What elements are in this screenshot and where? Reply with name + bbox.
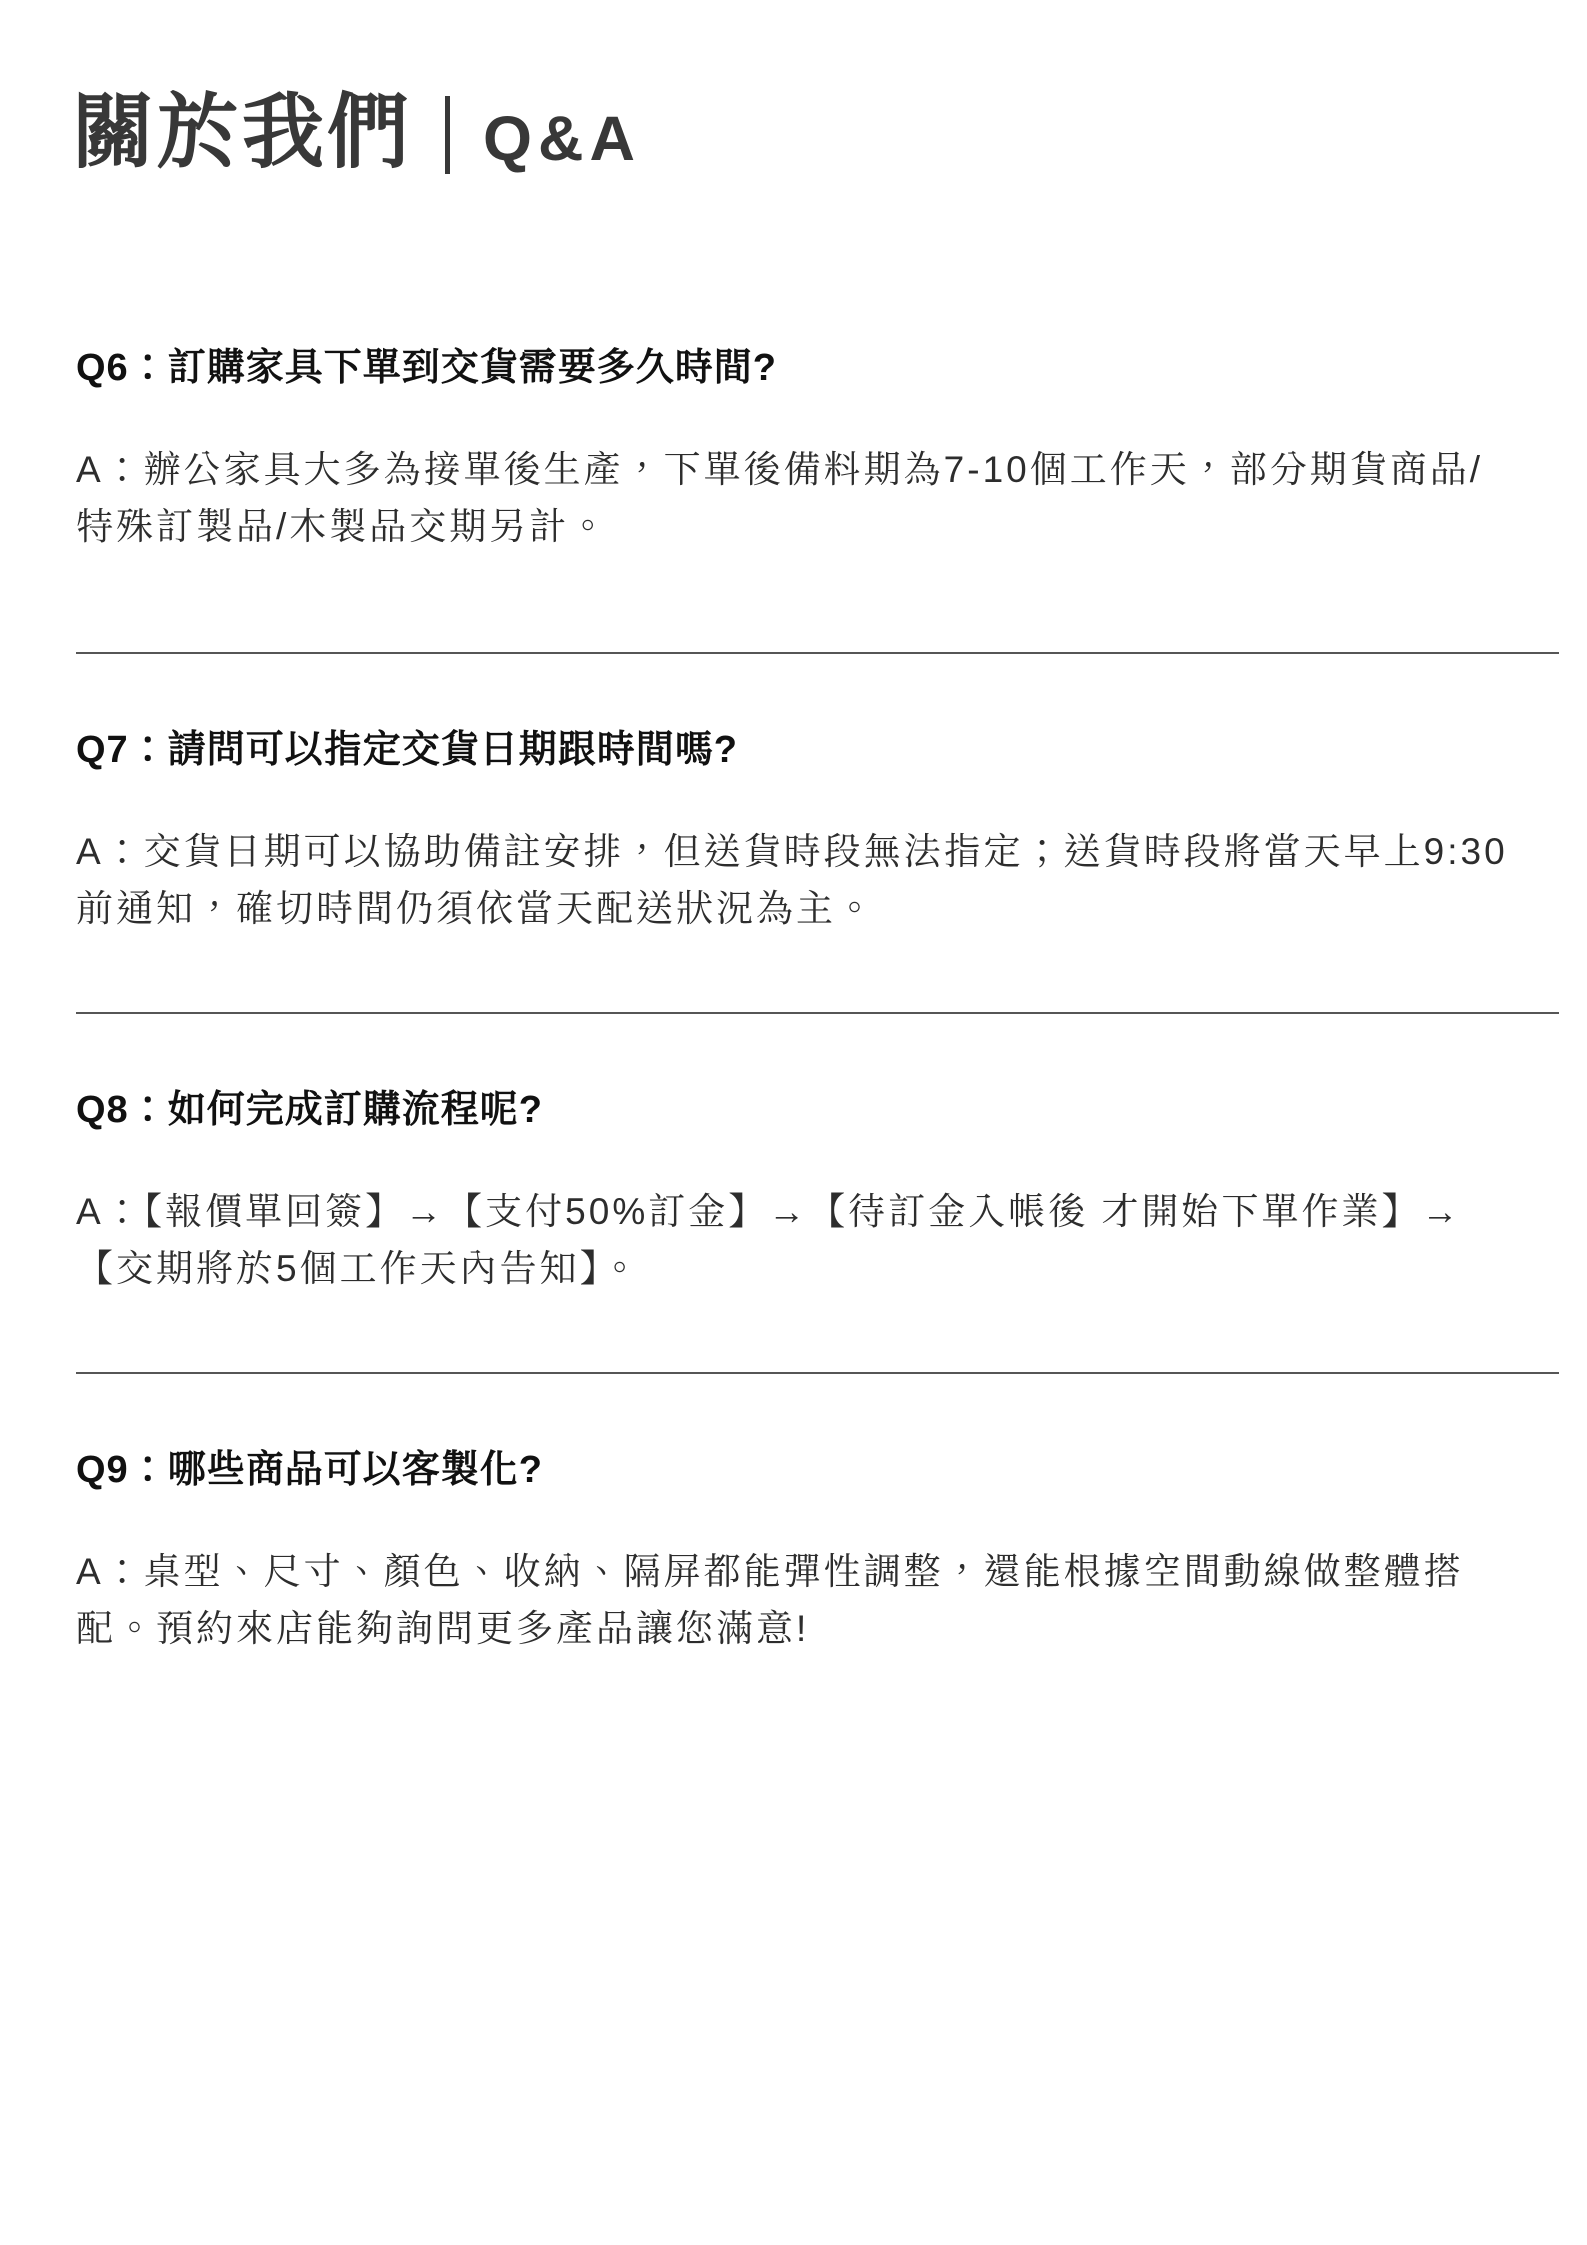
question-q6: Q6：訂購家具下單到交貨需要多久時間? (76, 344, 1512, 393)
answer-q6: A：辦公家具大多為接單後生產，下單後備料期為7-10個工作天，部分期貨商品/特殊… (76, 441, 1512, 555)
page-title: 關於我們 Q&A (72, 84, 1512, 182)
page-title-main: 關於我們 (72, 84, 412, 182)
answer-q9: A：桌型、尺寸、顏色、收納、隔屏都能彈性調整，還能根據空間動線做整體搭配。預約來… (76, 1543, 1512, 1657)
qa-item-q7: Q7：請問可以指定交貨日期跟時間嗎? A：交貨日期可以協助備註安排，但送貨時段無… (76, 726, 1512, 937)
qa-item-q9: Q9：哪些商品可以客製化? A：桌型、尺寸、顏色、收納、隔屏都能彈性調整，還能根… (76, 1446, 1512, 1657)
question-q8: Q8：如何完成訂購流程呢? (76, 1086, 1512, 1135)
section-divider (76, 1012, 1559, 1014)
title-divider-bar (445, 96, 450, 174)
qa-list: Q6：訂購家具下單到交貨需要多久時間? A：辦公家具大多為接單後生產，下單後備料… (76, 344, 1512, 1657)
qa-item-q6: Q6：訂購家具下單到交貨需要多久時間? A：辦公家具大多為接單後生產，下單後備料… (76, 344, 1512, 555)
qa-item-q8: Q8：如何完成訂購流程呢? A：【報價單回簽】→【支付50%訂金】→【待訂金入帳… (76, 1086, 1512, 1297)
question-q9: Q9：哪些商品可以客製化? (76, 1446, 1512, 1495)
answer-q8: A：【報價單回簽】→【支付50%訂金】→【待訂金入帳後 才開始下單作業】→【交期… (76, 1183, 1512, 1297)
page-title-suffix: Q&A (483, 103, 641, 175)
answer-q7: A：交貨日期可以協助備註安排，但送貨時段無法指定；送貨時段將當天早上9:30前通… (76, 823, 1512, 937)
section-divider (76, 652, 1559, 654)
section-divider (76, 1372, 1559, 1374)
question-q7: Q7：請問可以指定交貨日期跟時間嗎? (76, 726, 1512, 775)
qa-page: 關於我們 Q&A Q6：訂購家具下單到交貨需要多久時間? A：辦公家具大多為接單… (0, 0, 1587, 2245)
